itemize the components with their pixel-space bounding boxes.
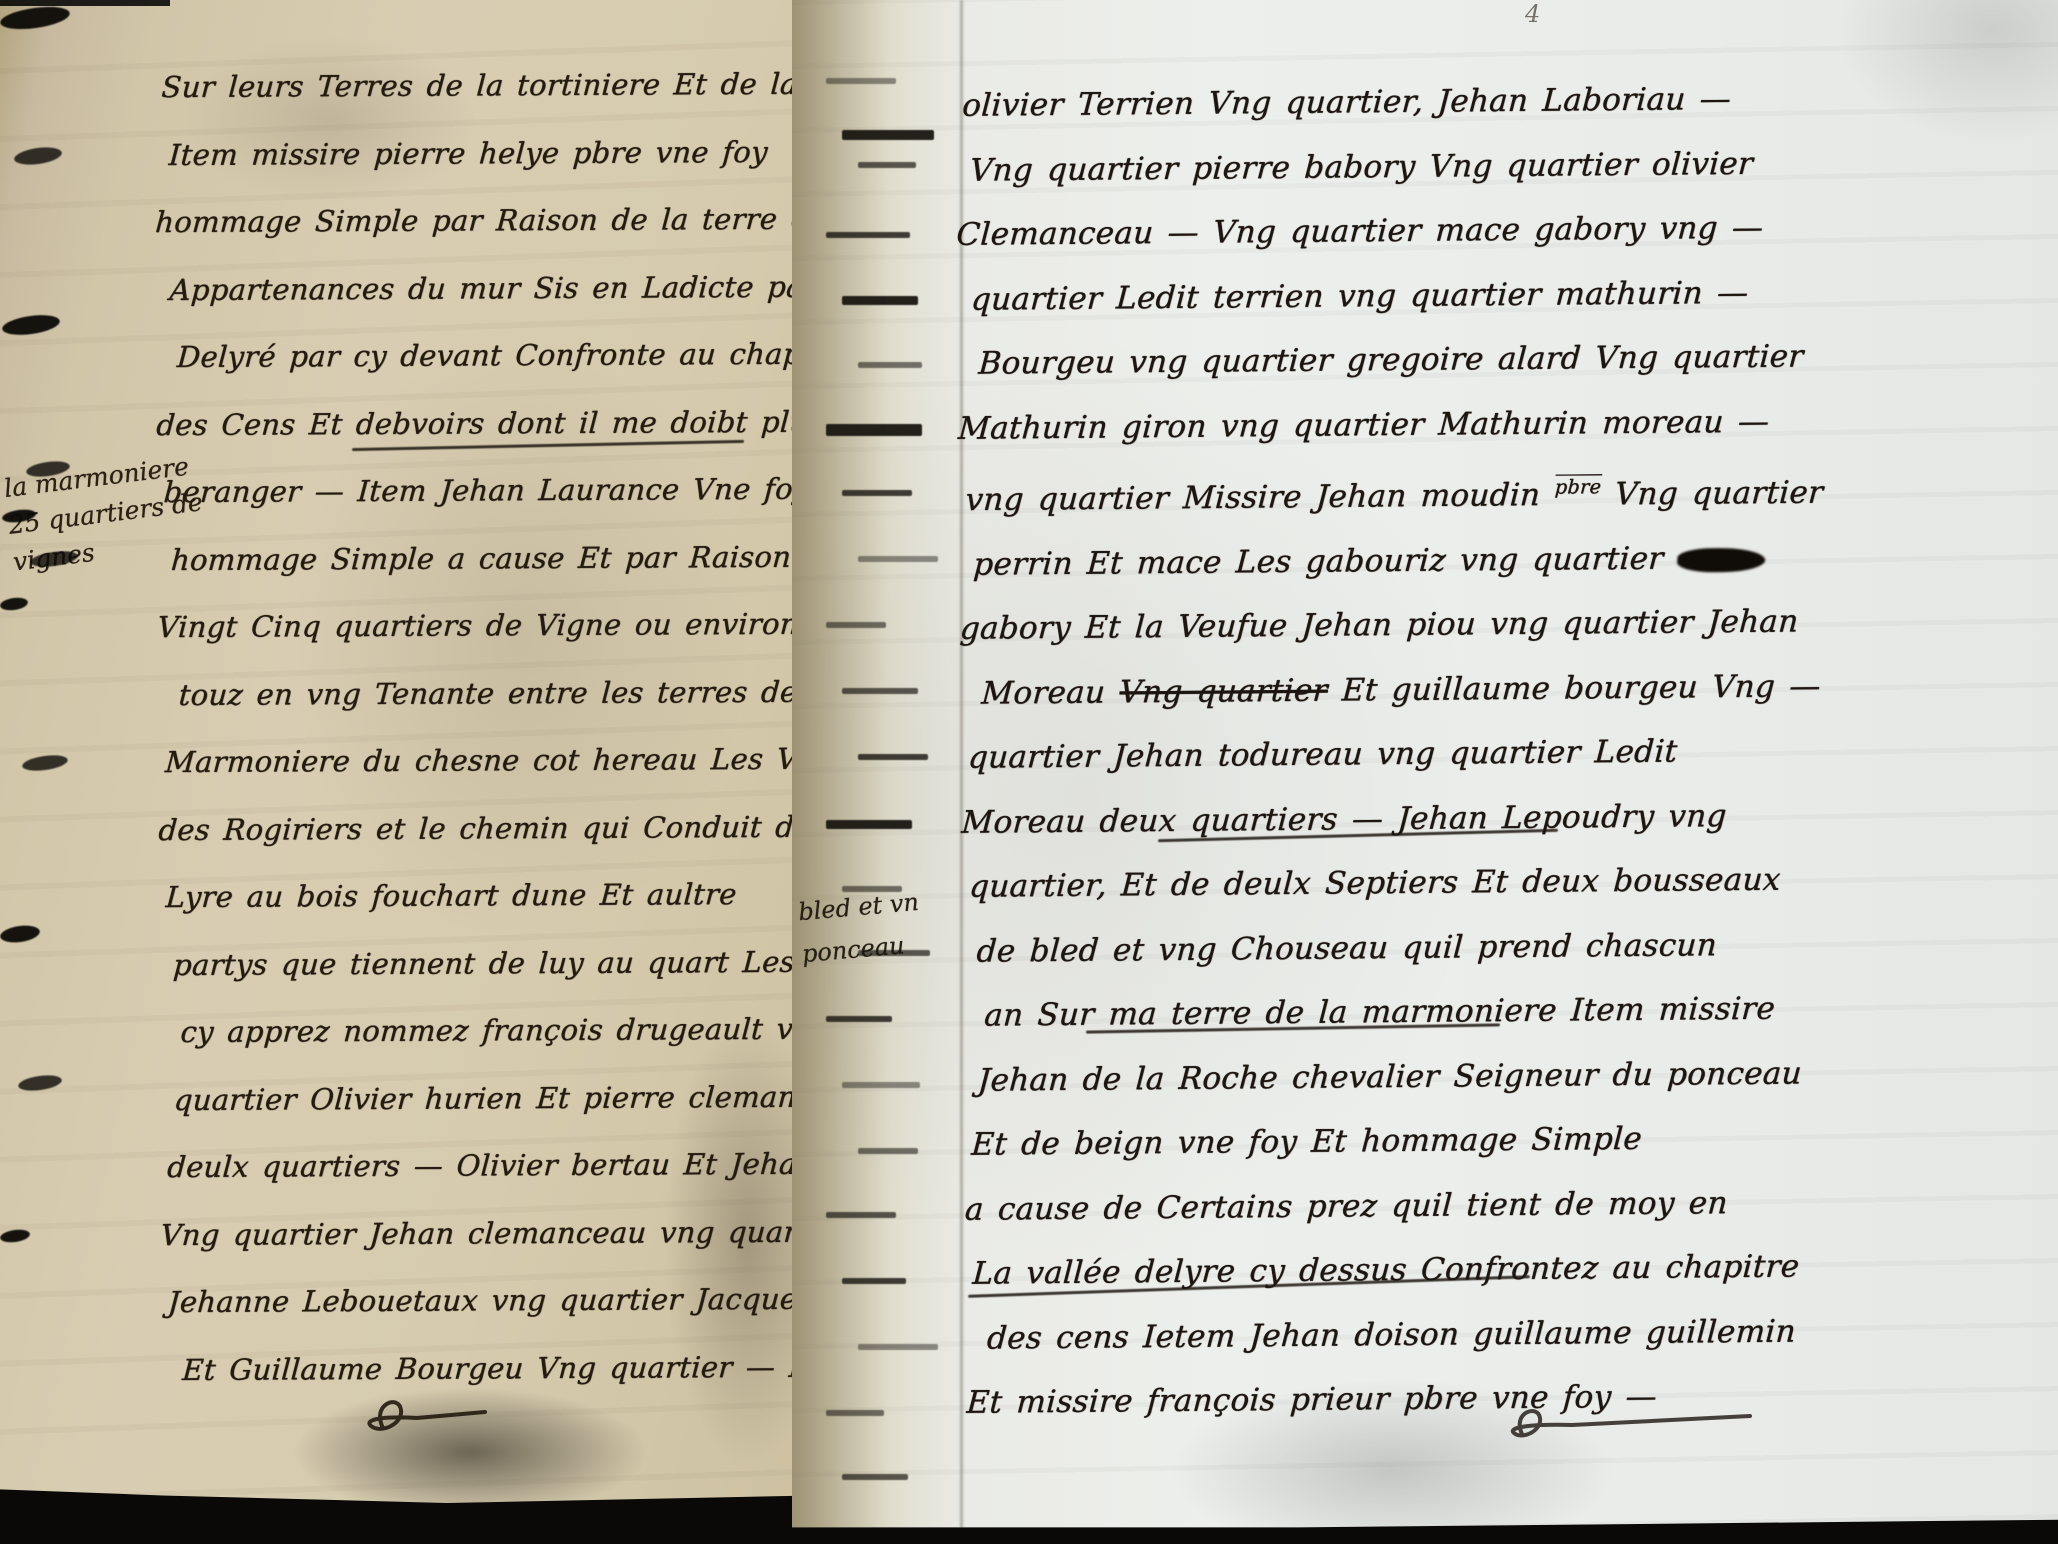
- manuscript-photo: la marmoniere 25 quartiers de vignes Sur…: [0, 0, 2058, 1544]
- text-line: quartier Jehan todureau vng quartier Led…: [966, 719, 1828, 791]
- text-line: Bourgeu vng quartier gregoire alard Vng …: [977, 324, 1825, 396]
- right-page-text: olivier Terrien Vng quartier, Jehan Labo…: [962, 66, 1832, 1435]
- end-flourish-right-icon: [1492, 1398, 1772, 1452]
- text-line: Moreau deux quartiers — Jehan Lepoudry v…: [960, 783, 1829, 855]
- text-line: Vng quartier pierre babory Vng quartier …: [968, 131, 1823, 203]
- text-line: quartier Ledit terrien vng quartier math…: [969, 260, 1824, 332]
- text-line: Et de beign vne foy Et hommage Simple: [969, 1106, 1831, 1178]
- margin-note-line: ponceau: [800, 923, 924, 975]
- right-page: 4 bled et vn ponceau olivier Terrien Vng…: [792, 0, 2058, 1532]
- text-line: quartier, Et de deulx Septiers Et deux b…: [967, 848, 1829, 920]
- text-line: Mathurin giron vng quartier Mathurin mor…: [956, 389, 1825, 461]
- text-line: an Sur ma terre de la marmoniere Item mi…: [982, 977, 1830, 1049]
- text-line: des cens Ietem Jehan doison guillaume gu…: [985, 1299, 1833, 1371]
- text-line: gabory Et la Veufue Jehan piou vng quart…: [958, 590, 1827, 662]
- ink-blot: [1677, 547, 1766, 572]
- text-line: perrin Et mace Les gabouriz vng quartier: [971, 525, 1826, 597]
- right-margin-note: bled et vn ponceau: [797, 881, 925, 975]
- text-line: olivier Terrien Vng quartier, Jehan Labo…: [960, 66, 1822, 138]
- left-page: la marmoniere 25 quartiers de vignes Sur…: [0, 0, 812, 1506]
- text-line: a cause de Certains prez quil tient de m…: [963, 1170, 1832, 1242]
- text-line: La vallée delyre cy dessus Confrontez au…: [971, 1235, 1833, 1307]
- end-flourish-left-icon: [345, 1388, 505, 1444]
- text-line: Clemanceau — Vng quartier mace gabory vn…: [955, 195, 1824, 267]
- text-line: Moreau Vng quartier Et guillaume bourgeu…: [980, 654, 1828, 726]
- text-line: Jehan de la Roche chevalier Seigneur du …: [976, 1041, 1831, 1113]
- text-line: vng quartier Missire Jehan moudin pbre V…: [964, 453, 1826, 532]
- text-line: de bled et vng Chouseau quil prend chasc…: [975, 912, 1830, 984]
- folio-number: 4: [1525, 0, 1540, 28]
